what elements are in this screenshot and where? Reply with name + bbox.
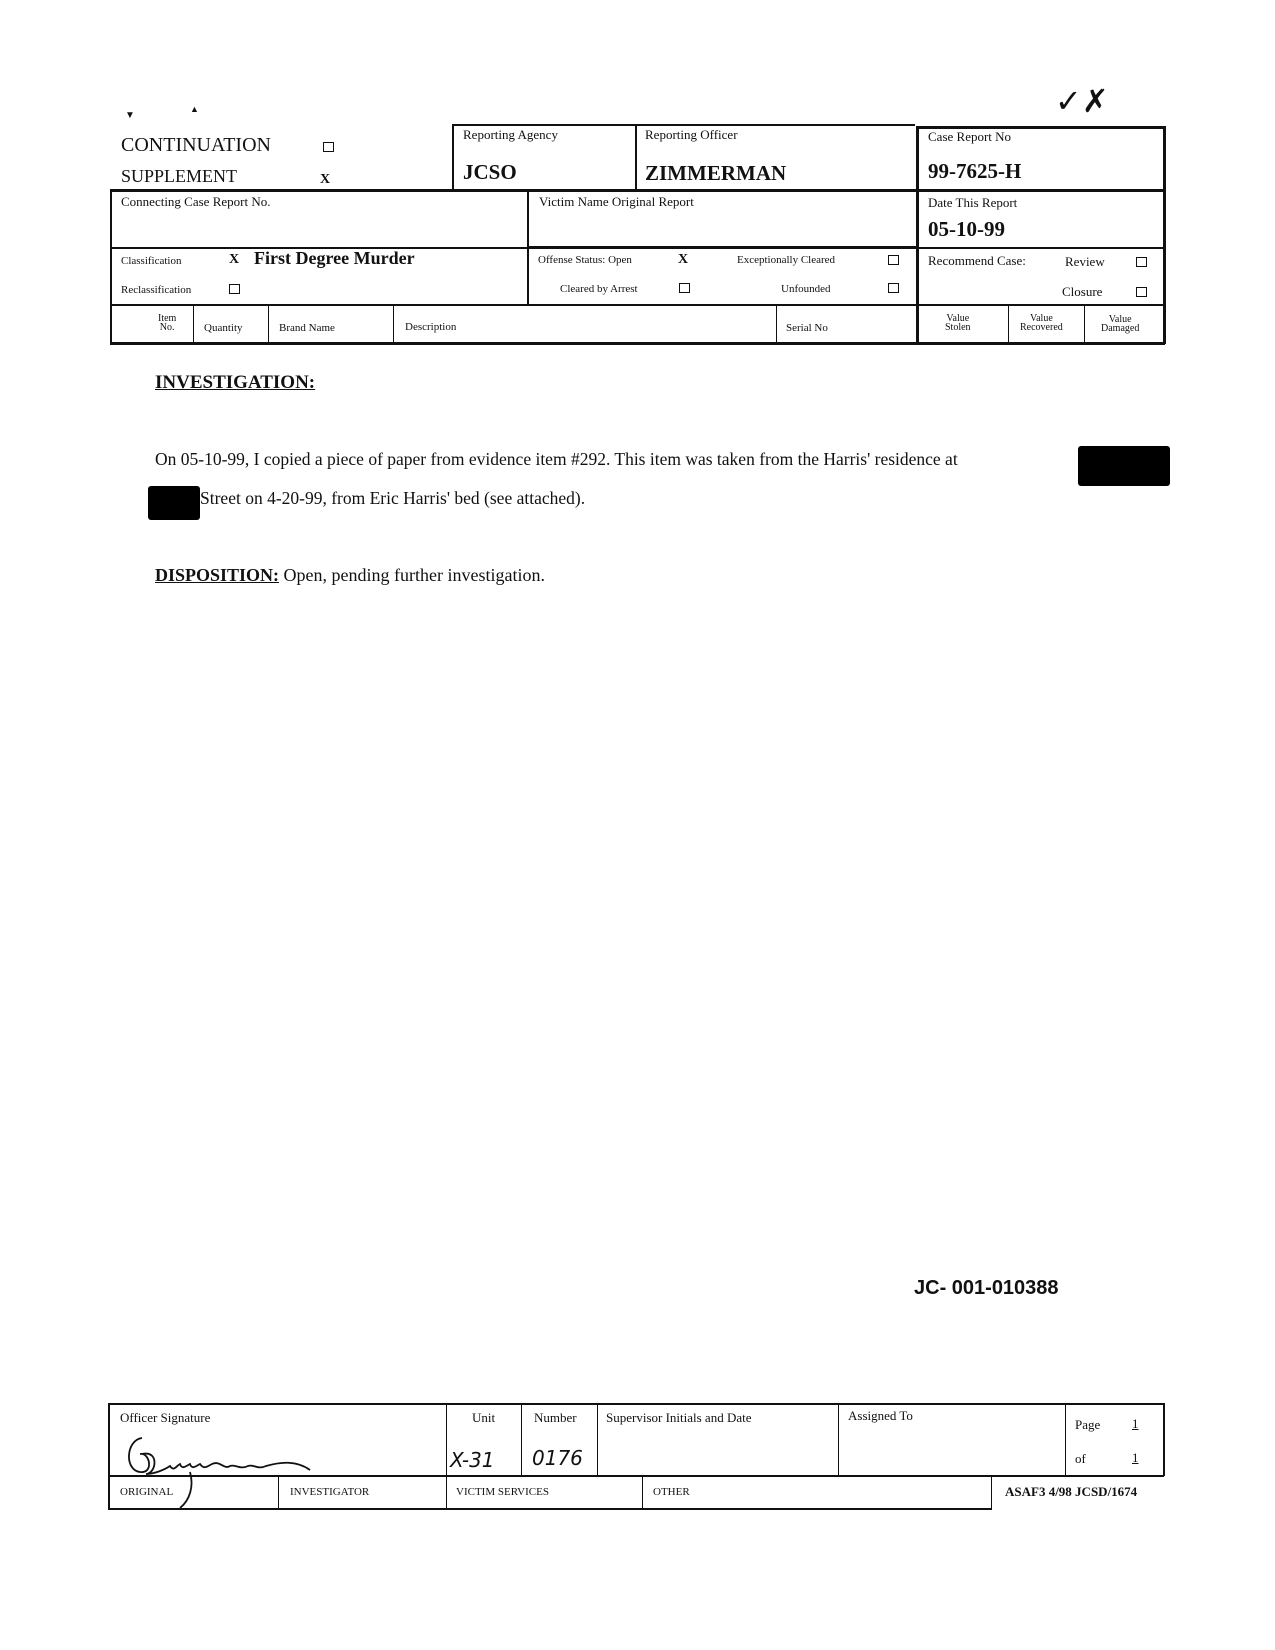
- unit-label: Unit: [472, 1410, 495, 1426]
- redaction-block: [148, 486, 200, 520]
- scan-speck: ▼: [125, 110, 135, 121]
- victim-name-label: Victim Name Original Report: [539, 194, 694, 210]
- cleared-by-arrest-label: Cleared by Arrest: [560, 283, 638, 295]
- col-item-no: ItemNo.: [158, 314, 176, 332]
- reporting-agency-label: Reporting Agency: [463, 127, 558, 143]
- review-checkbox[interactable]: [1136, 257, 1147, 267]
- closure-checkbox[interactable]: [1136, 287, 1147, 297]
- investigation-line-1: On 05-10-99, I copied a piece of paper f…: [155, 449, 958, 470]
- number-label: Number: [534, 1410, 577, 1426]
- scan-speck: ▲: [190, 104, 199, 114]
- reclassification-label: Reclassification: [121, 284, 191, 296]
- disposition-heading: DISPOSITION:: [155, 565, 279, 585]
- handwritten-check-mark: ✓✗: [1055, 82, 1109, 120]
- distribution-original: ORIGINAL: [120, 1486, 173, 1498]
- recommend-case-label: Recommend Case:: [928, 253, 1026, 269]
- unfounded-checkbox[interactable]: [888, 283, 899, 293]
- investigation-heading: INVESTIGATION:: [155, 372, 315, 394]
- exceptionally-cleared-checkbox[interactable]: [888, 255, 899, 265]
- connecting-case-report-label: Connecting Case Report No.: [121, 194, 270, 210]
- document-id-stamp: JC- 001-010388: [914, 1277, 1059, 1300]
- classification-value: First Degree Murder: [254, 248, 415, 269]
- distribution-other: OTHER: [653, 1486, 690, 1498]
- date-this-report-value: 05-10-99: [928, 217, 1005, 242]
- col-value-stolen: ValueStolen: [945, 314, 971, 332]
- exceptionally-cleared-label: Exceptionally Cleared: [737, 254, 835, 266]
- offense-status-open-mark[interactable]: X: [678, 252, 688, 268]
- date-this-report-label: Date This Report: [928, 195, 1017, 211]
- distribution-investigator: INVESTIGATOR: [290, 1486, 369, 1498]
- officer-signature-image: [120, 1430, 360, 1510]
- classification-label: Classification: [121, 255, 182, 267]
- page-label: Page: [1075, 1417, 1100, 1433]
- col-value-recovered: ValueRecovered: [1020, 314, 1063, 332]
- col-brand-name: Brand Name: [279, 322, 335, 334]
- number-value: 0176: [532, 1446, 583, 1470]
- unfounded-label: Unfounded: [781, 283, 831, 295]
- case-report-no-label: Case Report No: [928, 129, 1011, 145]
- supplement-checkbox-mark[interactable]: X: [320, 172, 330, 188]
- of-label: of: [1075, 1451, 1086, 1467]
- col-value-damaged: ValueDamaged: [1101, 315, 1139, 333]
- officer-signature-label: Officer Signature: [120, 1410, 210, 1426]
- redaction-block: [1078, 446, 1170, 486]
- assigned-to-label: Assigned To: [848, 1408, 913, 1424]
- reporting-officer-label: Reporting Officer: [645, 127, 738, 143]
- disposition-text: Open, pending further investigation.: [279, 565, 545, 585]
- distribution-victim-services: VICTIM SERVICES: [456, 1486, 549, 1498]
- investigation-line-2: Street on 4-20-99, from Eric Harris' bed…: [200, 488, 585, 509]
- classification-mark: X: [229, 252, 239, 268]
- cleared-by-arrest-checkbox[interactable]: [679, 283, 690, 293]
- of-value: 1: [1132, 1450, 1139, 1466]
- reclassification-checkbox[interactable]: [229, 284, 240, 294]
- review-label: Review: [1065, 254, 1105, 270]
- col-serial-no: Serial No: [786, 322, 828, 334]
- col-description: Description: [405, 321, 456, 333]
- form-code: ASAF3 4/98 JCSD/1674: [1005, 1484, 1137, 1500]
- disposition-line: DISPOSITION: Open, pending further inves…: [155, 565, 545, 586]
- form-type-continuation-label: CONTINUATION: [121, 134, 271, 157]
- closure-label: Closure: [1062, 284, 1102, 300]
- continuation-checkbox[interactable]: [323, 142, 334, 152]
- col-quantity: Quantity: [204, 322, 243, 334]
- supervisor-initials-label: Supervisor Initials and Date: [606, 1410, 752, 1426]
- page-value: 1: [1132, 1416, 1139, 1432]
- reporting-agency-value: JCSO: [463, 160, 517, 185]
- reporting-officer-value: ZIMMERMAN: [645, 161, 786, 186]
- unit-value: X-31: [450, 1448, 495, 1472]
- offense-status-label: Offense Status: Open: [538, 254, 632, 266]
- form-type-supplement-label: SUPPLEMENT: [121, 166, 237, 187]
- case-report-no-value: 99-7625-H: [928, 159, 1021, 184]
